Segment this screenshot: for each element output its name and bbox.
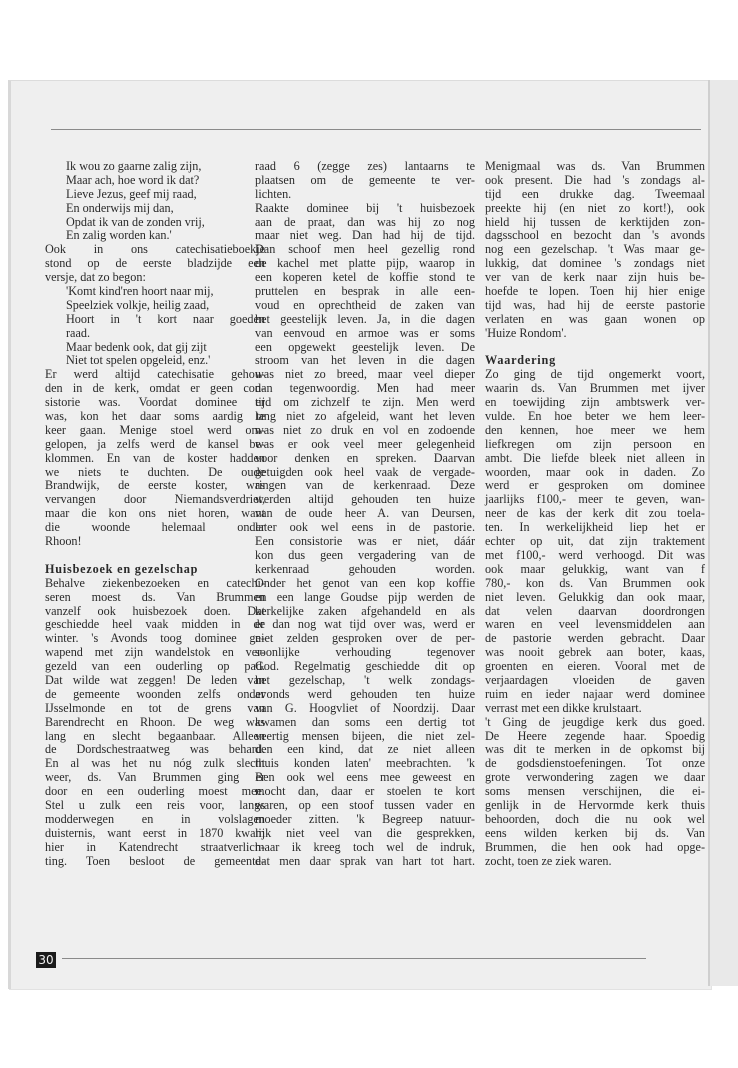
text-line: door en een ouderling moest mee. (45, 785, 265, 799)
poem-line: Maar bedenk ook, dat gij zijt (45, 341, 265, 355)
text-line: voor denken en spreken. Daarvan (255, 452, 475, 466)
text-line: tijd was, had hij de eerste pastorie (485, 299, 705, 313)
paragraph: Menigmaal was ds. Van Brummen ook presen… (485, 160, 705, 341)
text-line: En al was het nu nóg zulk slecht (45, 757, 265, 771)
text-line: soonlijke verhouding tegenover (255, 646, 475, 660)
text-line: Raakte dominee bij 't huisbezoek (255, 202, 475, 216)
paragraph: Raakte dominee bij 't huisbezoek aan de … (255, 202, 475, 869)
paragraph: Behalve ziekenbezoeken en catechi- seren… (45, 577, 265, 869)
text-line: we niets te duchten. De oude (45, 466, 265, 480)
text-line: met f100,- werd verhoogd. Dit was (485, 549, 705, 563)
text-column-2: raad 6 (zegge zes) lantaarns te plaatsen… (255, 160, 475, 868)
text-line: voud en oprechtheid de zaken van (255, 299, 475, 313)
text-line: Er werd altijd catechisatie gehou- (45, 368, 265, 382)
footer-rule (62, 958, 646, 959)
text-line: de kachel met platte pijp, waarop in (255, 257, 475, 271)
text-line: Dan schoof men heel gezellig rond (255, 243, 475, 257)
text-line: het geestelijk leven. Ja, in die dagen (255, 313, 475, 327)
text-line: kerkelijke zaken afgehandeld en als (255, 605, 475, 619)
text-line: de godsdienstoefeningen. Tot onze (485, 757, 705, 771)
text-line: het gezelschap, 't welk zondags- (255, 674, 475, 688)
text-line: Brandwijk, de eerste koster, was (45, 479, 265, 493)
text-line: ook present. Die had 's zondags al- (485, 174, 705, 188)
text-line: gelopen, ja zelfs werd de kansel be- (45, 438, 265, 452)
text-line: mocht dan, daar er stoelen te kort (255, 785, 475, 799)
text-line: verrast met een dikke krulstaart. (485, 702, 705, 716)
text-line: kwamen dan soms een dertig tot (255, 716, 475, 730)
text-line: getuigden ook heel vaak de vergade- (255, 466, 475, 480)
poem-2: 'Komt kind'ren hoort naar mij, Speelziek… (45, 285, 265, 368)
text-line: maar niet weg. Dan had hij de tijd. (255, 229, 475, 243)
paragraph: Er werd altijd catechisatie gehou- den i… (45, 368, 265, 549)
text-column-3: Menigmaal was ds. Van Brummen ook presen… (485, 160, 705, 868)
text-line: ver van de kerk naar zijn huis be- (485, 271, 705, 285)
text-line: vervangen door Niemandsverdriet, (45, 493, 265, 507)
text-line: lukkig, dat dominee 's zondags niet (485, 257, 705, 271)
text-line: kerkenraad gehouden worden. (255, 563, 475, 577)
text-line: van eenvoud en armoe was er soms (255, 327, 475, 341)
text-line: Ben ook wel eens mee geweest en (255, 771, 475, 785)
text-line: Menigmaal was ds. Van Brummen (485, 160, 705, 174)
text-line: 780,- kon ds. Van Brummen ook (485, 577, 705, 591)
text-line: niet zelden gesproken over de per- (255, 632, 475, 646)
text-line: was niet zo druk en vol en zodoende (255, 424, 475, 438)
poem-line: Niet tot spelen opgeleid, enz.' (45, 354, 265, 368)
text-line: 't Ging de jeugdige kerk dus goed. (485, 716, 705, 730)
text-line: Barendrecht en Rhoon. De weg was (45, 716, 265, 730)
text-line: de pastorie werden gebracht. Daar (485, 632, 705, 646)
text-line: IJsselmonde en tot de grens van (45, 702, 265, 716)
text-line: was nooit gebrek aan boter, kaas, (485, 646, 705, 660)
text-line: plaatsen om de gemeente te ver- (255, 174, 475, 188)
text-line: duisternis, want eerst in 1870 kwam (45, 827, 265, 841)
text-line: weer, ds. Van Brummen ging er (45, 771, 265, 785)
text-line: een opgewekt geestelijk leven. De (255, 341, 475, 355)
text-line: klommen. En van de koster hadden (45, 452, 265, 466)
text-line: genlijk in de Hervormde kerk thuis (485, 799, 705, 813)
text-line: en toewijding zijn ambtswerk ver- (485, 396, 705, 410)
text-line: pruttelen en besprak in alle een- (255, 285, 475, 299)
text-line: Dat wilde wat zeggen! De leden van (45, 674, 265, 688)
text-line: waarin ds. Van Brummen met ijver (485, 382, 705, 396)
text-line: stond op de eerste bladzijde een (45, 257, 265, 271)
text-line: maar ik kreeg toch wel de indruk, (255, 841, 475, 855)
text-line: winter. 's Avonds toog dominee ge- (45, 632, 265, 646)
text-line: lichten. (255, 188, 475, 202)
text-line: niet leven. Gelukkig dan ook maar, (485, 591, 705, 605)
text-line: vanzelf ook huisbezoek doen. Dat (45, 605, 265, 619)
text-line: waren en veel levensmiddelen aan (485, 618, 705, 632)
text-line: gezeld van een ouderling op pad. (45, 660, 265, 674)
text-line: ringen van de kerkenraad. Deze (255, 479, 475, 493)
text-line: Onder het genot van een kop koffie (255, 577, 475, 591)
text-line: verlaten en was gaan wonen op (485, 313, 705, 327)
poem-line: Lieve Jezus, geef mij raad, (45, 188, 265, 202)
text-column-1: Ik wou zo gaarne zalig zijn, Maar ach, h… (45, 160, 265, 868)
text-line: Ook in ons catechisatieboekje (45, 243, 265, 257)
poem-line: En onderwijs mij dan, (45, 202, 265, 216)
text-line: Een consistorie was er niet, dáár (255, 535, 475, 549)
text-line: De Heere zegende haar. Spoedig (485, 730, 705, 744)
text-line: behoorden, doch die nu ook wel (485, 813, 705, 827)
text-line: werd er gesproken om dominee (485, 479, 705, 493)
text-line: Rhoon! (45, 535, 265, 549)
text-line: veertig mensen bijeen, die niet zel- (255, 730, 475, 744)
text-line: was er ook veel meer gelegenheid (255, 438, 475, 452)
text-line: tijd een drukke dag. Tweemaal (485, 188, 705, 202)
text-line: liefkregen om zijn persoon en (485, 438, 705, 452)
text-line: die woonde helemaal onder (45, 521, 265, 535)
text-line: keer gaan. Menige stoel werd om- (45, 424, 265, 438)
poem-line: Hoort in 't kort naar goeden (45, 313, 265, 327)
poem-line: Speelziek volkje, heilig zaad, (45, 299, 265, 313)
text-line: Zo ging de tijd ongemerkt voort, (485, 368, 705, 382)
text-line: seren moest ds. Van Brummen (45, 591, 265, 605)
text-line: den een kind, dat ze niet alleen (255, 743, 475, 757)
text-line: avonds werd gehouden ten huize (255, 688, 475, 702)
text-line: Behalve ziekenbezoeken en catechi- (45, 577, 265, 591)
text-line: was, kon het daar soms aardig te (45, 410, 265, 424)
text-line: de gemeente woonden zelfs onder (45, 688, 265, 702)
poem-line: Ik wou zo gaarne zalig zijn, (45, 160, 265, 174)
text-line: modderwegen en in volslagen (45, 813, 265, 827)
text-line: dat men daar sprak van hart tot hart. (255, 855, 475, 869)
text-line: kon dus geen vergadering van de (255, 549, 475, 563)
section-heading: Waardering (485, 354, 705, 368)
poem-line: En zalig worden kan.' (45, 229, 265, 243)
page-number: 30 (36, 952, 56, 968)
text-line: dagsschool en bezocht dan 's avonds (485, 229, 705, 243)
paragraph: Ook in ons catechisatieboekje stond op d… (45, 243, 265, 285)
poem-line: Opdat ik van de zonden vrij, (45, 216, 265, 230)
text-line: aan de praat, dan was hij zo nog (255, 216, 475, 230)
text-line: was niet zo breed, maar veel dieper (255, 368, 475, 382)
text-line: dat velen daarvan doordrongen (485, 605, 705, 619)
paragraph: Zo ging de tijd ongemerkt voort, waarin … (485, 368, 705, 868)
text-line: sistorie was. Voordat dominee er (45, 396, 265, 410)
text-line: ambt. Die liefde bleek niet alleen in (485, 452, 705, 466)
text-line: ook maar gelukkig, want van f (485, 563, 705, 577)
paragraph: raad 6 (zegge zes) lantaarns te plaatsen… (255, 160, 475, 202)
text-line: van de oude heer A. van Deursen, (255, 507, 475, 521)
text-line: Stel u zulk een reis voor, langs (45, 799, 265, 813)
text-line: de Dordschestraatweg was behard. (45, 743, 265, 757)
text-line: en een lange Goudse pijp werden de (255, 591, 475, 605)
text-line: vulde. En hoe beter we hem leer- (485, 410, 705, 424)
text-line: ruim en ieder najaar werd dominee (485, 688, 705, 702)
text-line: maar die kon ons niet horen, want (45, 507, 265, 521)
text-line: den in de kerk, omdat er geen con- (45, 382, 265, 396)
text-line: versje, dat zo begon: (45, 271, 265, 285)
text-line: 'Huize Rondom'. (485, 327, 705, 341)
header-rule (51, 129, 701, 130)
text-line: een koperen ketel de koffie stond te (255, 271, 475, 285)
text-line: lang en slecht begaanbaar. Alleen (45, 730, 265, 744)
poem-line: 'Komt kind'ren hoort naar mij, (45, 285, 265, 299)
text-line: geschiedde heel vaak midden in de (45, 618, 265, 632)
text-line: den kennen, hoe meer we hem (485, 424, 705, 438)
text-line: zocht, toen ze ziek waren. (485, 855, 705, 869)
text-line: tijd om zichzelf te zijn. Men werd (255, 396, 475, 410)
text-line: was dit te merken in de opkomst bij (485, 743, 705, 757)
text-line: lijk niet veel van die gesprekken, (255, 827, 475, 841)
text-line: dan tegenwoordig. Men had meer (255, 382, 475, 396)
text-line: soms mensen verschijnen, die ei- (485, 785, 705, 799)
text-line: ting. Toen besloot de gemeente- (45, 855, 265, 869)
poem-1: Ik wou zo gaarne zalig zijn, Maar ach, h… (45, 160, 265, 243)
text-line: later ook wel eens in de pastorie. (255, 521, 475, 535)
text-line: God. Regelmatig geschiedde dit op (255, 660, 475, 674)
text-line: hield hij tussen de kerktijden zon- (485, 216, 705, 230)
text-line: thuis konden laten' meebrachten. 'k (255, 757, 475, 771)
text-line: wapend met zijn wandelstok en ver- (45, 646, 265, 660)
text-line: woorden, maar ook in daden. Zo (485, 466, 705, 480)
text-line: ten. In werkelijkheid liep het er (485, 521, 705, 535)
text-line: echter op uit, dat zijn traktement (485, 535, 705, 549)
facing-page-edge (708, 80, 738, 986)
text-line: eens wilden kerken bij ds. Van (485, 827, 705, 841)
text-line: hier in Katendrecht straatverlich- (45, 841, 265, 855)
text-line: jaarlijks f100,- meer te geven, wan- (485, 493, 705, 507)
text-line: werden altijd gehouden ten huize (255, 493, 475, 507)
text-line: groenten en eieren. Vooral met de (485, 660, 705, 674)
text-line: waren, op een stoof tussen vader en (255, 799, 475, 813)
poem-line: raad. (45, 327, 265, 341)
text-line: van G. Hoogvliet of Noordzij. Daar (255, 702, 475, 716)
text-line: nog een gezelschap. 't Was maar ge- (485, 243, 705, 257)
text-line: lang niet zo afgeleid, want het leven (255, 410, 475, 424)
text-line: hoefde te lopen. Toen hij hier enige (485, 285, 705, 299)
text-line: Brummen, die hen ook had opge- (485, 841, 705, 855)
text-line: grote verwondering zagen we daar (485, 771, 705, 785)
text-line: er dan nog wat tijd over was, werd er (255, 618, 475, 632)
text-line: preekte hij (en niet zo kort!), ook (485, 202, 705, 216)
section-heading: Huisbezoek en gezelschap (45, 563, 265, 577)
text-line: raad 6 (zegge zes) lantaarns te (255, 160, 475, 174)
poem-line: Maar ach, hoe word ik dat? (45, 174, 265, 188)
text-line: verjaardagen vloeiden de gaven (485, 674, 705, 688)
text-line: stroom van het leven in die dagen (255, 354, 475, 368)
text-line: neer de kas der kerk dit zou toela- (485, 507, 705, 521)
text-line: moeder zitten. 'k Begreep natuur- (255, 813, 475, 827)
